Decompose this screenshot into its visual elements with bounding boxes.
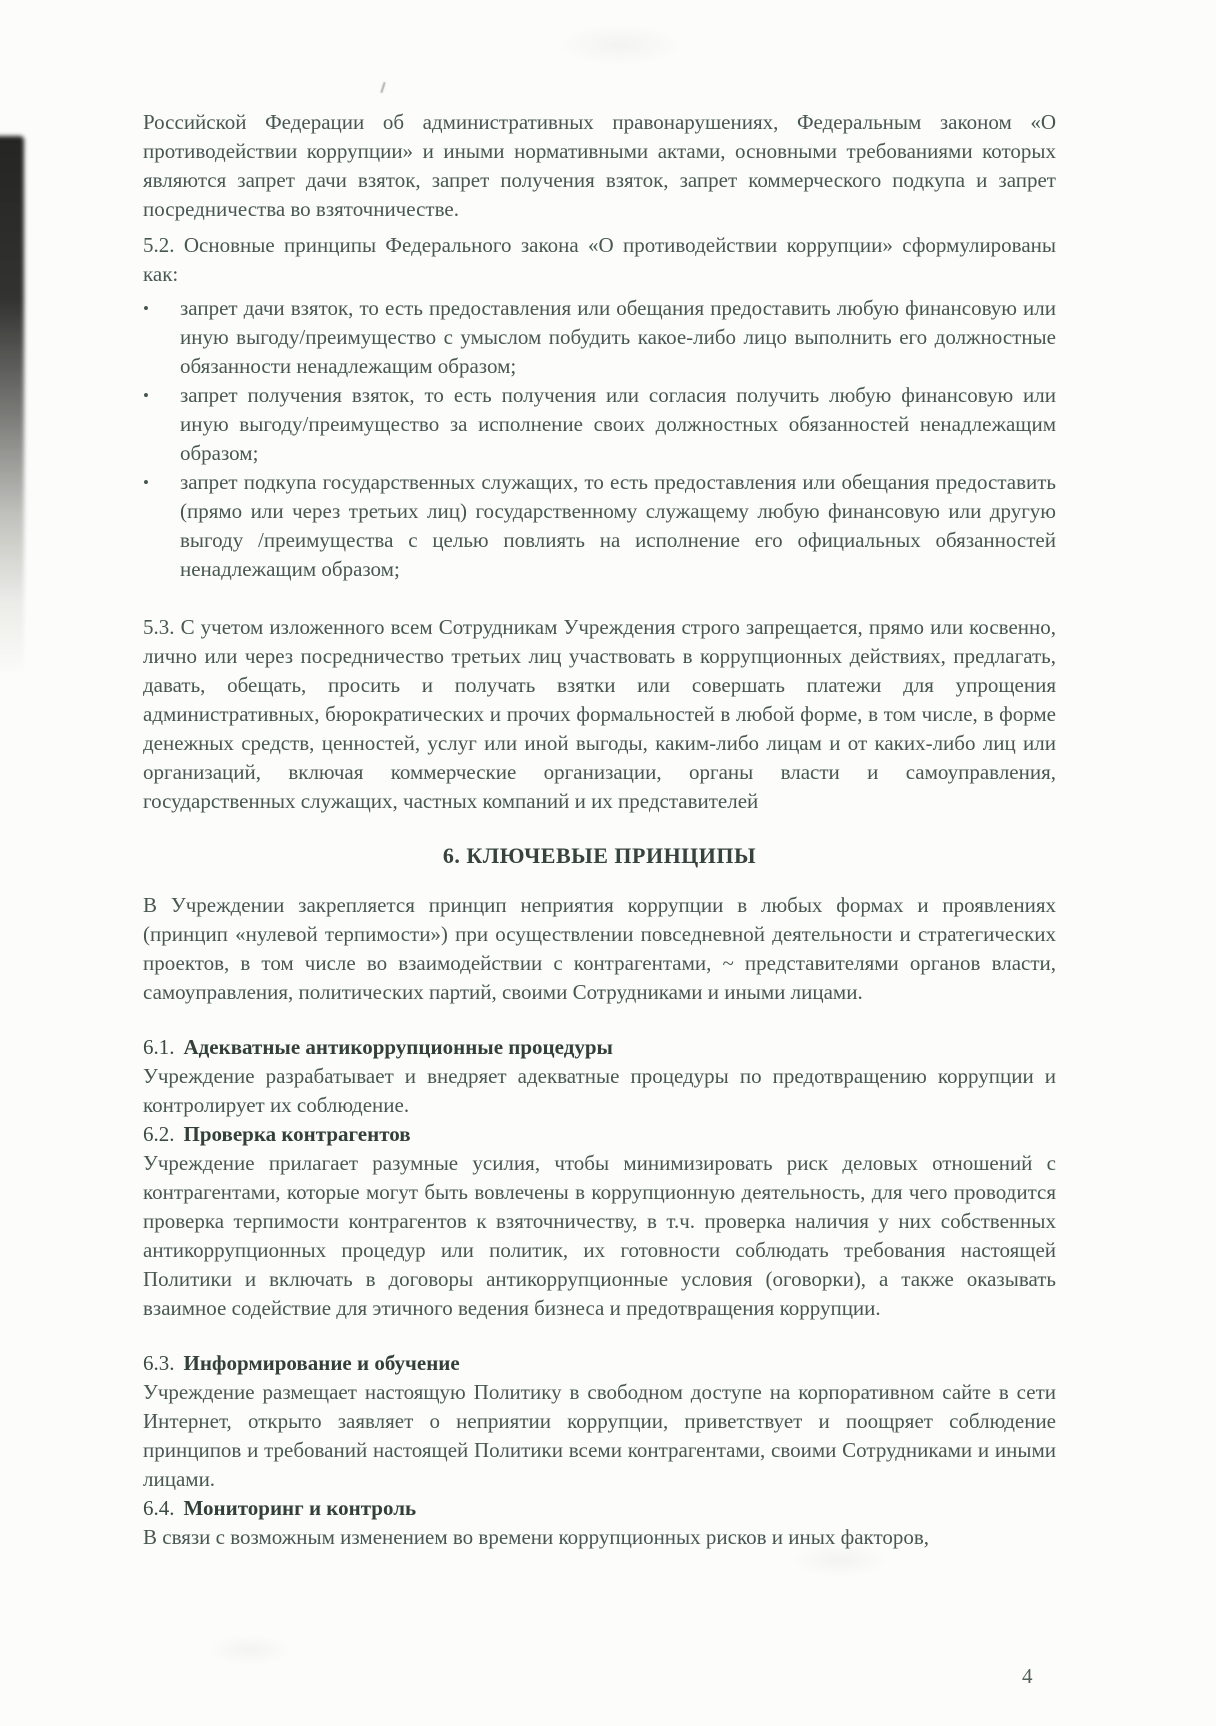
list-item: • запрет подкупа государственных служащи… <box>143 468 1056 584</box>
bullet-item-text: запрет подкупа государственных служащих,… <box>180 468 1056 584</box>
subsection-body-6-1: Учреждение разрабатывает и внедряет адек… <box>143 1062 1056 1120</box>
list-item: • запрет дачи взяток, то есть предоставл… <box>143 294 1056 381</box>
bullet-marker: • <box>143 294 180 381</box>
section-6-heading: 6. КЛЮЧЕВЫЕ ПРИНЦИПЫ <box>143 841 1056 870</box>
bullet-marker: • <box>143 381 180 468</box>
page-number: 4 <box>1022 1664 1033 1689</box>
subsection-title: Адекватные антикоррупционные процедуры <box>184 1035 613 1059</box>
principles-bullet-list: • запрет дачи взяток, то есть предоставл… <box>143 294 1056 584</box>
bullet-item-text: запрет дачи взяток, то есть предоставлен… <box>180 294 1056 381</box>
subsection-number: 6.2. <box>143 1122 175 1146</box>
bullet-marker: • <box>143 468 180 584</box>
subsection-number: 6.1. <box>143 1035 175 1059</box>
scan-shadow-artifact <box>0 136 24 676</box>
clause-5-3: 5.3. С учетом изложенного всем Сотрудник… <box>143 613 1056 816</box>
subsection-body-6-2: Учреждение прилагает разумные усилия, чт… <box>143 1149 1056 1323</box>
clause-5-2: 5.2. Основные принципы Федерального зако… <box>143 231 1056 289</box>
scanned-document-page: Российской Федерации об административных… <box>0 0 1216 1726</box>
subsection-title: Информирование и обучение <box>184 1351 460 1375</box>
list-item: • запрет получения взяток, то есть получ… <box>143 381 1056 468</box>
bullet-item-text: запрет получения взяток, то есть получен… <box>180 381 1056 468</box>
subsection-heading-6-4: 6.4.Мониторинг и контроль <box>143 1494 1056 1523</box>
subsection-body-6-3: Учреждение размещает настоящую Политику … <box>143 1378 1056 1494</box>
subsection-heading-6-3: 6.3.Информирование и обучение <box>143 1349 1056 1378</box>
subsection-title: Мониторинг и контроль <box>184 1496 417 1520</box>
section-6-intro-paragraph: В Учреждении закрепляется принцип неприя… <box>143 891 1056 1007</box>
subsection-heading-6-2: 6.2.Проверка контрагентов <box>143 1120 1056 1149</box>
subsection-number: 6.3. <box>143 1351 175 1375</box>
subsection-body-6-4: В связи с возможным изменением во времен… <box>143 1523 1056 1552</box>
subsection-number: 6.4. <box>143 1496 175 1520</box>
paragraph-5-1-continuation: Российской Федерации об административных… <box>143 108 1056 224</box>
document-body: Российской Федерации об административных… <box>143 0 1056 1552</box>
subsection-heading-6-1: 6.1.Адекватные антикоррупционные процеду… <box>143 1033 1056 1062</box>
subsection-title: Проверка контрагентов <box>184 1122 411 1146</box>
